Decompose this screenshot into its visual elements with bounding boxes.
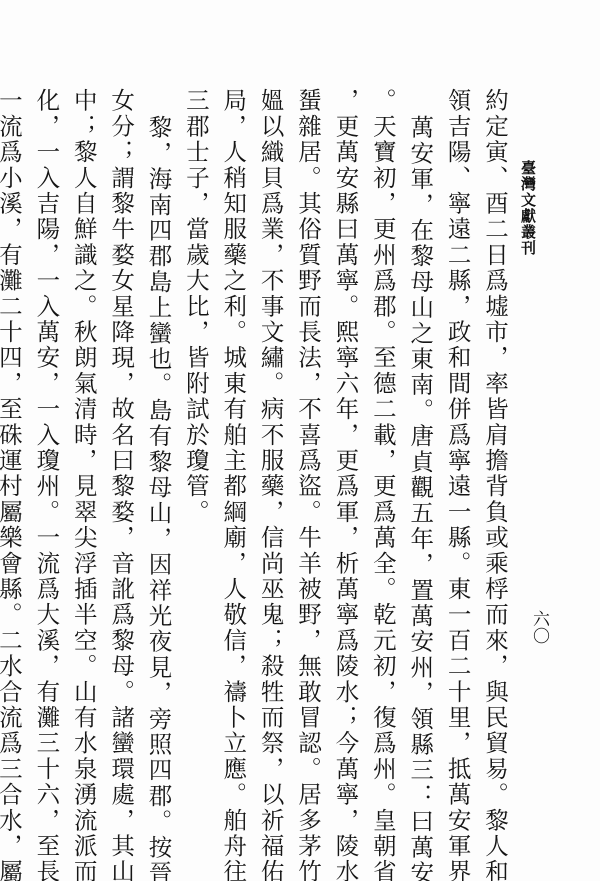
text-column: 。天寶初，更州爲郡。至德二載，更爲萬全。乾元初，復爲州。皇朝省富雲、博遼二縣: [365, 88, 400, 848]
text-column: ，更萬安縣曰萬寧。熙寧六年，更爲軍，析萬寧爲陵水；今萬寧，陵水是也。民與黎、: [327, 88, 362, 848]
text-column: 約定寅、酉二日爲墟市，率皆肩擔背負或乘桴而來，與民貿易。黎人和悅，民獲安息。: [477, 88, 512, 848]
page-number: 六〇: [527, 610, 552, 644]
text-column: 女分；謂黎牛婺女星降現，故名曰黎婺，音訛爲黎母。諸蠻環處，其山峻極，常在霧靄: [103, 88, 138, 848]
text-column: 領吉陽、寧遠二縣，政和間併爲寧遠一縣。東一百二十里，抵萬安軍界。: [440, 88, 475, 848]
text-column: 黎，海南四郡島上蠻也。島有黎母山，因祥光夜見，旁照四郡。按晉書分野，屬婺: [140, 88, 175, 848]
text-column: 蜑雜居。其俗質野而長法，不喜爲盜。牛羊被野，無敢冒認。居多茅竹，瓦屋絕少。婦: [290, 88, 325, 848]
text-column: 一流爲小溪，有灘二十四，至硃運村屬樂會縣。二水合流爲三合水，屬瓊山縣。去省: [0, 88, 26, 848]
text-column: 萬安軍，在黎母山之東南。唐貞觀五年，置萬安州，領縣三：曰萬安、富雲、博遼: [402, 88, 437, 848]
text-body: 約定寅、酉二日爲墟市，率皆肩擔背負或乘桴而來，與民貿易。黎人和悅，民獲安息。 領…: [0, 88, 512, 848]
text-column: 局，人稍知服藥之利。城東有舶主都綱廟，人敬信，禱卜立應。舶舟往來，祭而後行。: [215, 88, 250, 848]
document-page: 臺灣文獻叢刊 六〇 約定寅、酉二日爲墟市，率皆肩擔背負或乘桴而來，與民貿易。黎人…: [0, 0, 600, 881]
series-title: 臺灣文獻叢刊: [518, 160, 539, 256]
text-column: 媼以織貝爲業，不事文繡。病不服藥，信尚巫鬼；殺牲而祭，以祈福佑。黃侯申首創藥: [253, 88, 288, 848]
text-column: 化，一入吉陽，一入萬安，一入瓊州。一流爲大溪，有灘三十六，至長寮村屬澄邁縣。: [28, 88, 63, 848]
text-column: 三郡士子，當歲大比，皆附試於瓊管。: [178, 88, 213, 848]
text-column: 中；黎人自鮮識之。秋朗氣清時，見翠尖浮插半空。山有水泉湧流派而爲五：一入昌: [66, 88, 101, 848]
